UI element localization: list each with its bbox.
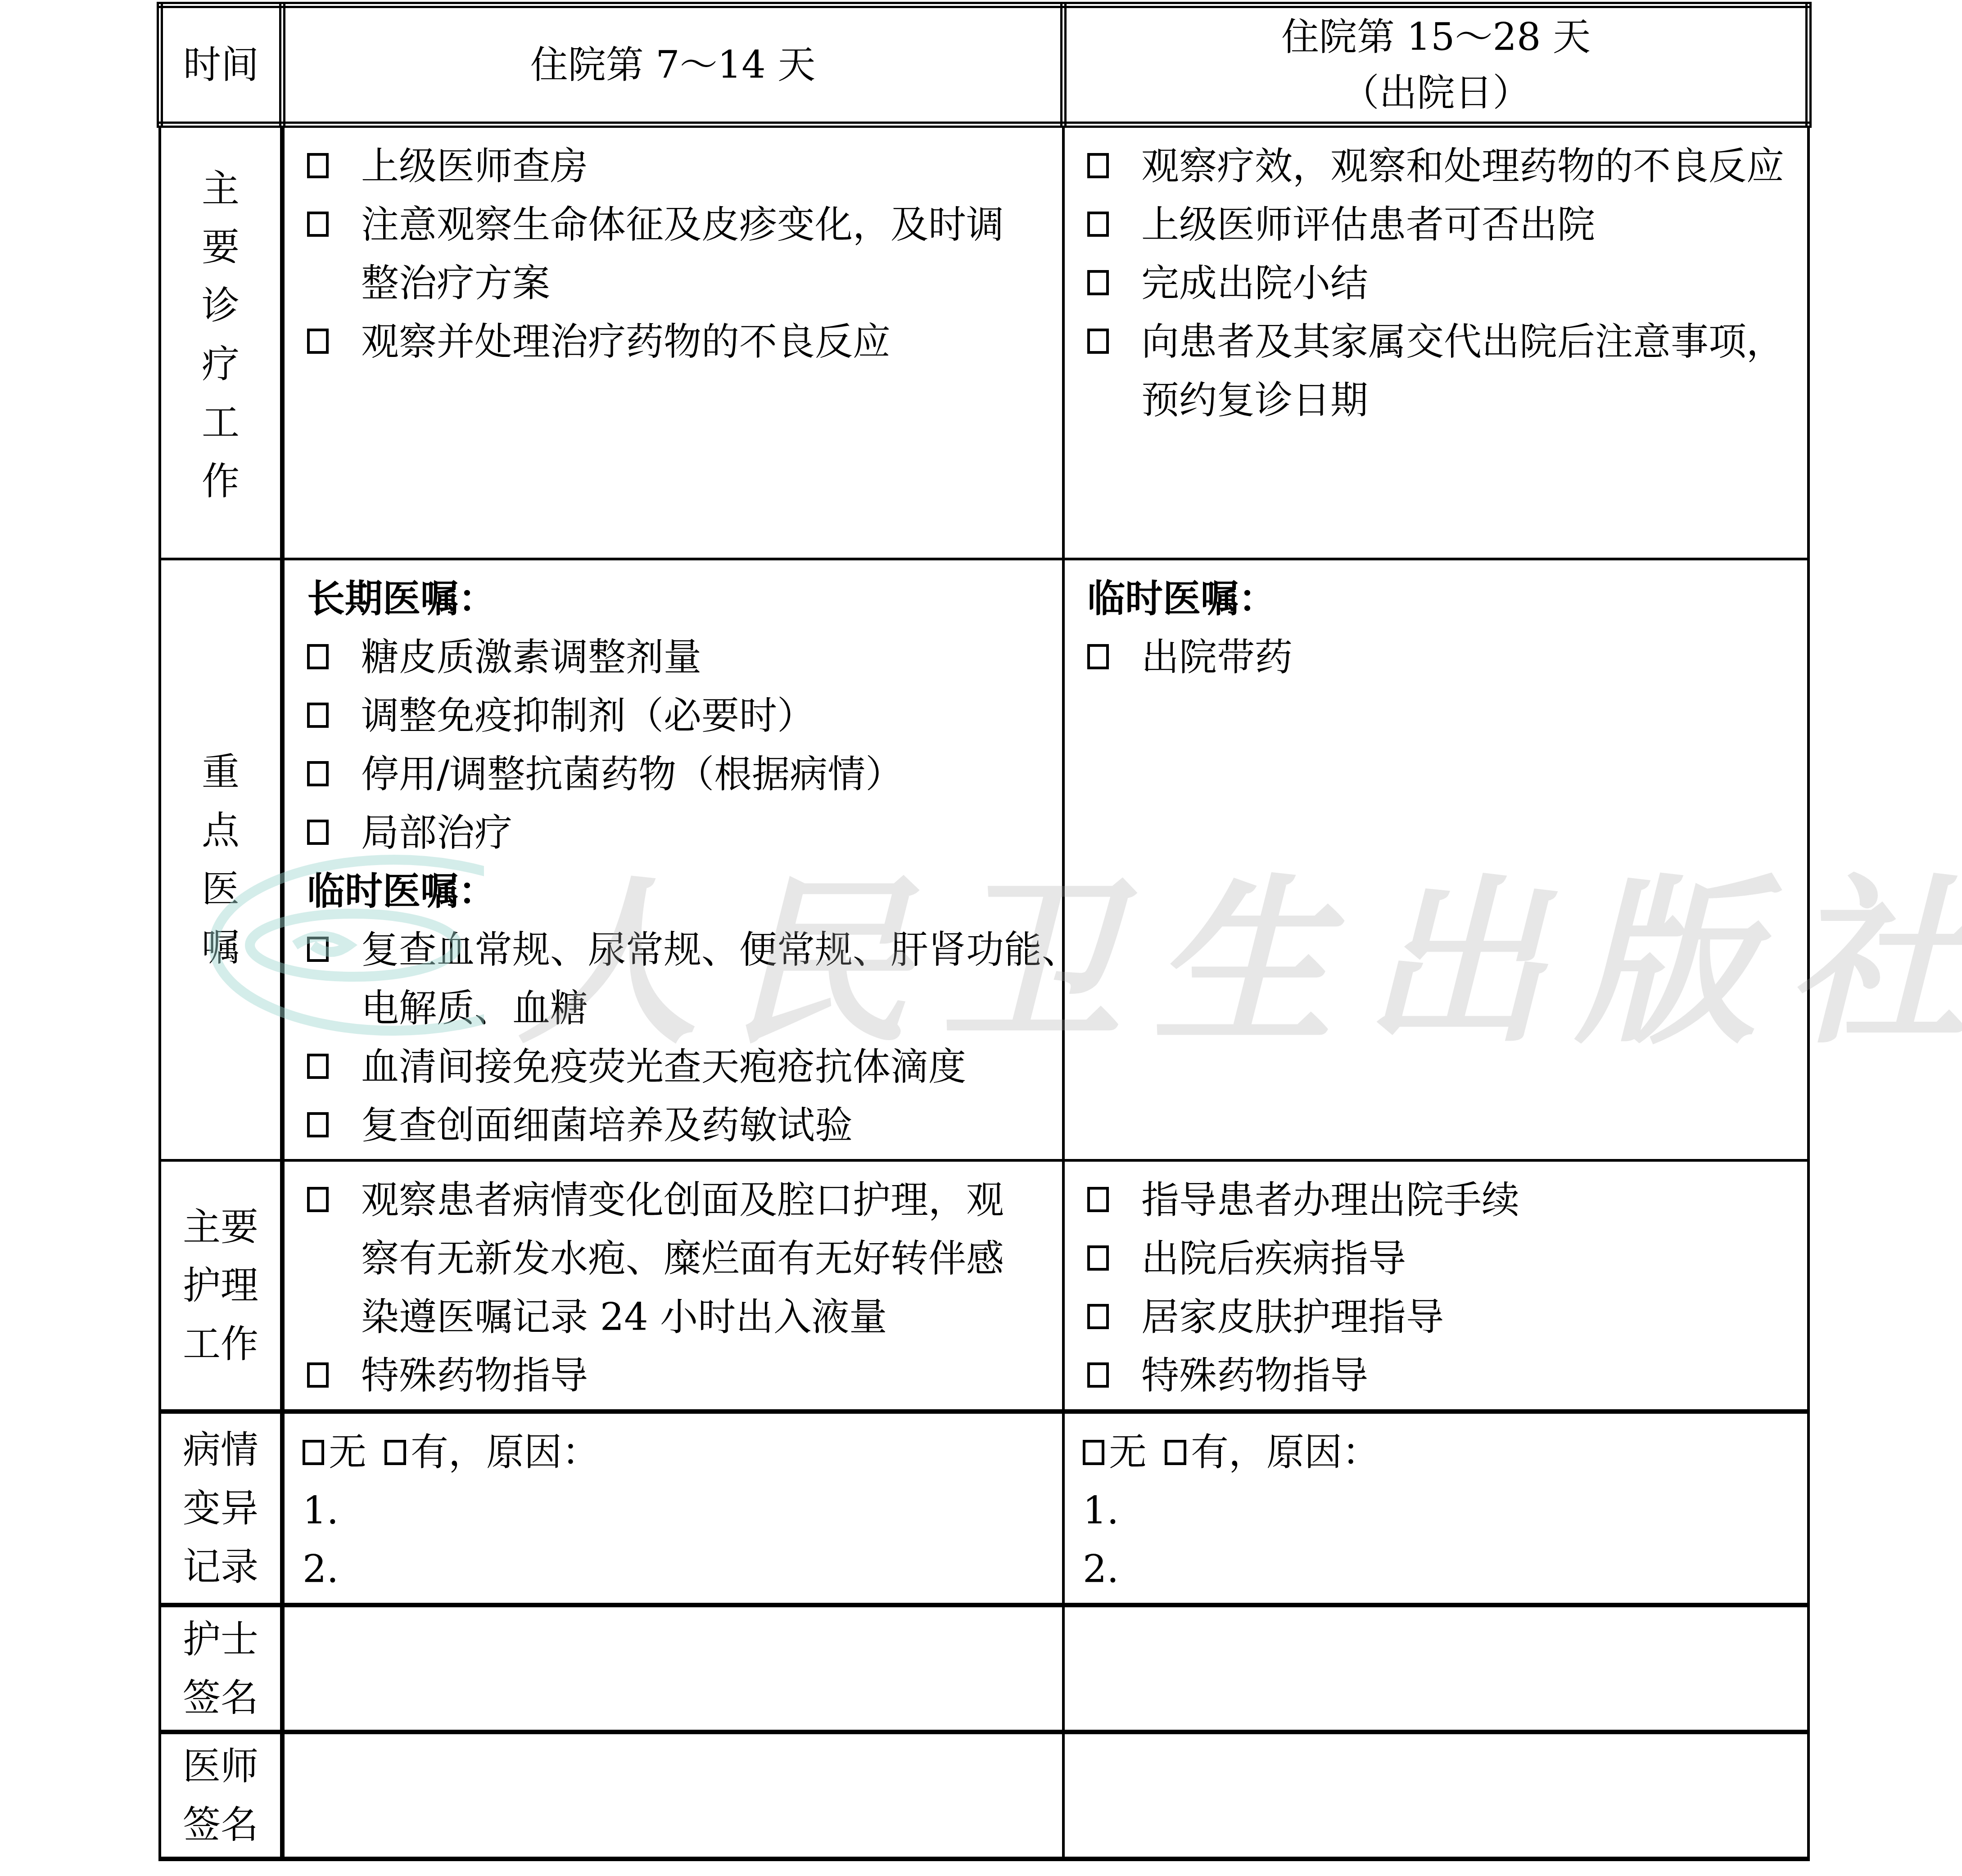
nurse-signature-label-cell: 护士 签名 <box>160 1605 282 1732</box>
checkbox-icon[interactable] <box>384 1440 406 1465</box>
variation-period-1-cell: 无 有，原因： 1. 2. <box>282 1412 1063 1605</box>
nursing-period-2-cell: 指导患者办理出院手续 出院后疾病指导 居家皮肤护理指导 特殊药物指导 <box>1063 1160 1808 1412</box>
key-orders-period-2-cell: 临时医嘱： 出院带药 <box>1063 559 1808 1160</box>
checklist-item[interactable]: 居家皮肤护理指导 <box>1087 1288 1794 1346</box>
checkbox-icon[interactable] <box>1083 1440 1104 1465</box>
long-term-orders-heading: 长期医嘱： <box>307 569 1049 628</box>
variation-reason-line-2[interactable]: 2. <box>303 1540 1049 1598</box>
checkbox-icon[interactable] <box>307 1187 329 1212</box>
checkbox-icon[interactable] <box>1087 270 1109 295</box>
checkbox-icon[interactable] <box>1087 329 1109 354</box>
checkbox-icon[interactable] <box>307 1362 329 1388</box>
variation-record-label-cell: 病情 变异 记录 <box>160 1412 282 1605</box>
checkbox-icon[interactable] <box>307 703 329 728</box>
checklist-item[interactable]: 观察并处理治疗药物的不良反应 <box>307 312 1049 371</box>
key-orders-label: 重 点 医 嘱 <box>161 743 280 977</box>
checklist-item[interactable]: 出院带药 <box>1087 628 1794 686</box>
checklist-item[interactable]: 上级医师查房 <box>307 137 1049 195</box>
checklist-item[interactable]: 调整免疫抑制剂（必要时） <box>307 686 1049 745</box>
checkbox-icon[interactable] <box>307 329 329 354</box>
time-header-label: 时间 <box>183 43 259 87</box>
variation-reason-line-1[interactable]: 1. <box>1083 1481 1794 1540</box>
checklist-item[interactable]: 观察患者病情变化创面及腔口护理，观 察有无新发水疱、糜烂面有无好转伴感 染遵医嘱… <box>307 1171 1049 1346</box>
period-1-title: 住院第 7～14 天 <box>530 43 816 87</box>
variation-reason-line-1[interactable]: 1. <box>303 1481 1049 1540</box>
checklist-item[interactable]: 复查创面细菌培养及药敏试验 <box>307 1096 1049 1154</box>
nursing-work-row: 主要 护理 工作 观察患者病情变化创面及腔口护理，观 察有无新发水疱、糜烂面有无… <box>160 1160 1808 1412</box>
checkbox-icon[interactable] <box>307 644 329 669</box>
checkbox-icon[interactable] <box>307 212 329 237</box>
checkbox-icon[interactable] <box>1087 1187 1109 1212</box>
checkbox-icon[interactable] <box>307 1112 329 1137</box>
variation-reason-line-2[interactable]: 2. <box>1083 1540 1794 1598</box>
checklist-item[interactable]: 向患者及其家属交代出院后注意事项， 预约复诊日期 <box>1087 312 1794 429</box>
checklist-item[interactable]: 上级医师评估患者可否出院 <box>1087 195 1794 254</box>
checkbox-icon[interactable] <box>1087 644 1109 669</box>
period-2-title: 住院第 15～28 天 <box>1067 9 1805 65</box>
variation-yes-option[interactable]: 有，原因： <box>1165 1423 1380 1481</box>
diagnosis-treatment-row: 主 要 诊 疗 工 作 上级医师查房 注意观察生命体征及皮疹变化，及时 <box>160 125 1808 559</box>
doctor-signature-period-1-field[interactable] <box>282 1732 1063 1859</box>
period-2-header-cell: 住院第 15～28 天 （出院日） <box>1063 5 1808 125</box>
diagnosis-period-1-cell: 上级医师查房 注意观察生命体征及皮疹变化，及时调 整治疗方案 观察并处理治疗药物… <box>282 125 1063 559</box>
key-orders-row: 重 点 医 嘱 长期医嘱： 糖皮质激素调整剂量 调整免疫抑制剂（必要时） <box>160 559 1808 1160</box>
checkbox-icon[interactable] <box>307 153 329 178</box>
clinical-pathway-page: 人民卫生出版社 时间 住院第 7～14 天 住院第 15～28 天 （出院日） <box>0 0 1962 1876</box>
checklist-item[interactable]: 血清间接免疫荧光查天疱疮抗体滴度 <box>307 1037 1049 1096</box>
nurse-signature-period-2-field[interactable] <box>1063 1605 1808 1732</box>
checkbox-icon[interactable] <box>303 1440 324 1465</box>
nurse-signature-row: 护士 签名 <box>160 1605 1808 1732</box>
nurse-signature-label: 护士 签名 <box>180 1610 261 1727</box>
checkbox-icon[interactable] <box>1087 1245 1109 1271</box>
time-header-cell: 时间 <box>160 5 282 125</box>
checkbox-icon[interactable] <box>307 761 329 786</box>
nursing-work-label: 主要 护理 工作 <box>180 1198 261 1373</box>
checklist-item[interactable]: 特殊药物指导 <box>307 1346 1049 1405</box>
temporary-orders-heading: 临时医嘱： <box>1087 569 1794 628</box>
checklist-item[interactable]: 观察疗效，观察和处理药物的不良反应 <box>1087 137 1794 195</box>
temporary-orders-heading: 临时医嘱： <box>307 862 1049 920</box>
checklist-item[interactable]: 局部治疗 <box>307 803 1049 862</box>
doctor-signature-row: 医师 签名 <box>160 1732 1808 1859</box>
checklist-item[interactable]: 完成出院小结 <box>1087 254 1794 312</box>
key-orders-label-cell: 重 点 医 嘱 <box>160 559 282 1160</box>
checkbox-icon[interactable] <box>1087 153 1109 178</box>
variation-none-option[interactable]: 无 <box>303 1423 366 1481</box>
key-orders-period-1-cell: 长期医嘱： 糖皮质激素调整剂量 调整免疫抑制剂（必要时） 停用/调整抗菌药物（根… <box>282 559 1063 1160</box>
diagnosis-treatment-label-cell: 主 要 诊 疗 工 作 <box>160 125 282 559</box>
nurse-signature-period-1-field[interactable] <box>282 1605 1063 1732</box>
period-2-subtitle: （出院日） <box>1067 65 1805 121</box>
checkbox-icon[interactable] <box>1087 1362 1109 1388</box>
checklist-item[interactable]: 复查血常规、尿常规、便常规、肝肾功能、 电解质、血糖 <box>307 920 1049 1037</box>
checkbox-icon[interactable] <box>307 1054 329 1079</box>
checklist-item[interactable]: 出院后疾病指导 <box>1087 1229 1794 1288</box>
variation-yes-option[interactable]: 有，原因： <box>384 1423 600 1481</box>
variation-record-label: 病情 变异 记录 <box>180 1421 261 1596</box>
nursing-work-label-cell: 主要 护理 工作 <box>160 1160 282 1412</box>
header-row: 时间 住院第 7～14 天 住院第 15～28 天 （出院日） <box>160 5 1808 125</box>
checklist-item[interactable]: 停用/调整抗菌药物（根据病情） <box>307 745 1049 803</box>
period-1-header-cell: 住院第 7～14 天 <box>282 5 1063 125</box>
doctor-signature-period-2-field[interactable] <box>1063 1732 1808 1859</box>
checkbox-icon[interactable] <box>1165 1440 1186 1465</box>
diagnosis-period-2-cell: 观察疗效，观察和处理药物的不良反应 上级医师评估患者可否出院 完成出院小结 向患… <box>1063 125 1808 559</box>
doctor-signature-label: 医师 签名 <box>180 1737 261 1854</box>
checklist-item[interactable]: 糖皮质激素调整剂量 <box>307 628 1049 686</box>
variation-period-2-cell: 无 有，原因： 1. 2. <box>1063 1412 1808 1605</box>
checklist-item[interactable]: 注意观察生命体征及皮疹变化，及时调 整治疗方案 <box>307 195 1049 312</box>
checkbox-icon[interactable] <box>1087 1304 1109 1329</box>
nursing-period-1-cell: 观察患者病情变化创面及腔口护理，观 察有无新发水疱、糜烂面有无好转伴感 染遵医嘱… <box>282 1160 1063 1412</box>
checkbox-icon[interactable] <box>1087 212 1109 237</box>
variation-record-row: 病情 变异 记录 无 有，原因： 1. <box>160 1412 1808 1605</box>
checkbox-icon[interactable] <box>307 937 329 962</box>
variation-none-option[interactable]: 无 <box>1083 1423 1147 1481</box>
checklist-item[interactable]: 特殊药物指导 <box>1087 1346 1794 1405</box>
doctor-signature-label-cell: 医师 签名 <box>160 1732 282 1859</box>
diagnosis-treatment-label: 主 要 诊 疗 工 作 <box>161 128 280 510</box>
checkbox-icon[interactable] <box>307 820 329 845</box>
checklist-item[interactable]: 指导患者办理出院手续 <box>1087 1171 1794 1229</box>
clinical-pathway-table: 时间 住院第 7～14 天 住院第 15～28 天 （出院日） 主 要 诊 疗 … <box>157 2 1812 1861</box>
